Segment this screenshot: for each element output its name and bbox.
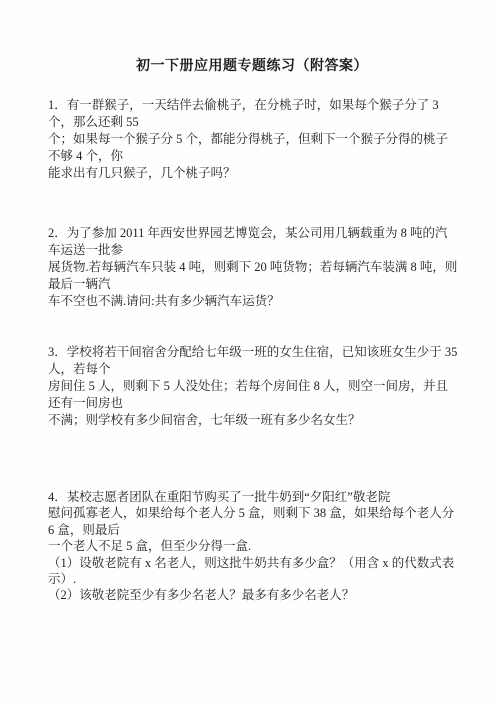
problem-3-text: 3．学校将若干间宿舍分配给七年级一班的女生住宿，已知该班女生少于 35 人，若每… bbox=[48, 344, 458, 429]
worksheet-title: 初一下册应用题专题练习（附答案） bbox=[48, 55, 456, 75]
problem-2-text: 2．为了参加 2011 年西安世界园艺博览会，某公司用几辆载重为 8 吨的汽车运… bbox=[48, 225, 458, 310]
problem-1-text: 1．有一群猴子，一天结伴去偷桃子，在分桃子时，如果每个猴子分了 3 个，那么还剩… bbox=[48, 97, 458, 182]
problem-4-text: 4．某校志愿者团队在重阳节购买了一批牛奶到“夕阳红”敬老院 慰问孤寡老人，如果给… bbox=[48, 489, 458, 604]
document-page: 初一下册应用题专题练习（附答案） 1．有一群猴子，一天结伴去偷桃子，在分桃子时，… bbox=[0, 0, 500, 708]
